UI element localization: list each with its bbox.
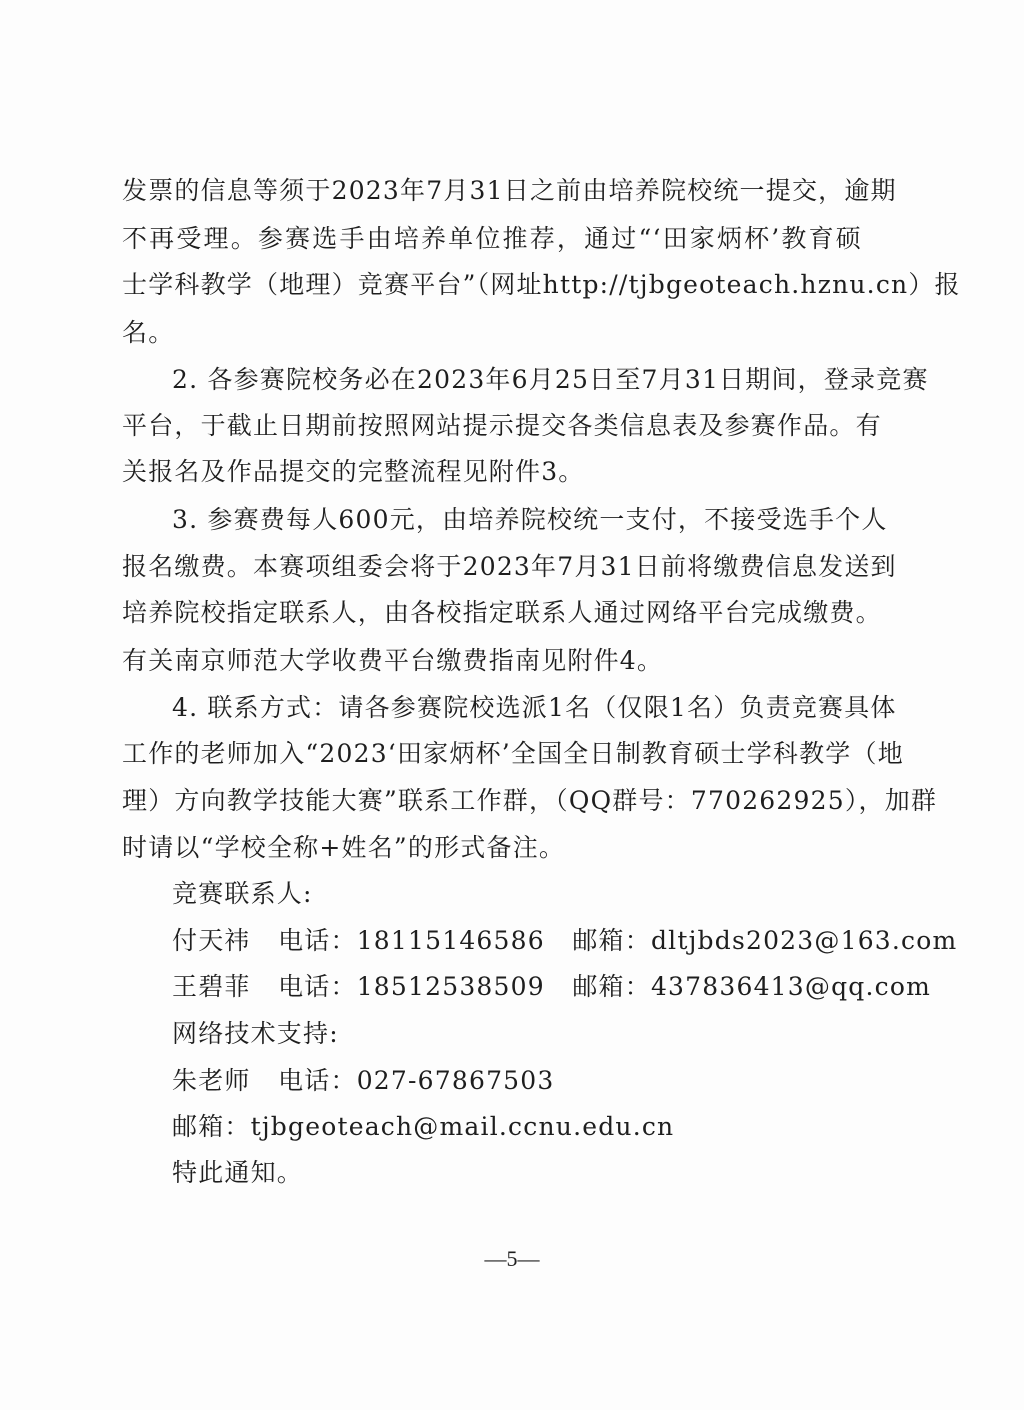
paragraph-line: 士学科教学（地理）竞赛平台”（网址http://tjbgeoteach.hznu… [122,270,862,300]
paragraph-line: 3. 参赛费每人600元，由培养院校统一支付，不接受选手个人 [172,505,862,535]
page-number: —5— [0,1246,1024,1272]
paragraph-line: 理）方向教学技能大赛”联系工作群，（QQ群号：770262925），加群 [122,786,862,816]
phone-label: 电话： [278,926,357,955]
contact-name: 朱老师 [172,1066,251,1095]
contact-row: 王碧菲 电话：18512538509 邮箱：437836413@qq.com [172,972,912,1002]
contacts-heading: 竞赛联系人: [172,879,912,909]
tech-email-row: 邮箱：tjbgeoteach@mail.ccnu.edu.cn [172,1112,912,1142]
email-label: 邮箱： [572,972,651,1001]
closing-text: 特此通知。 [172,1158,912,1188]
phone-label: 电话： [278,972,357,1001]
contact-name: 王碧菲 [172,972,251,1001]
paragraph-line: 报名缴费。本赛项组委会将于2023年7月31日前将缴费信息发送到 [122,552,862,582]
paragraph-line: 2. 各参赛院校务必在2023年6月25日至7月31日期间，登录竞赛 [172,365,862,395]
paragraph-line: 发票的信息等须于2023年7月31日之前由培养院校统一提交，逾期 [122,176,862,206]
paragraph-line: 名。 [122,318,862,348]
tech-contact-row: 朱老师 电话：027-67867503 [172,1066,912,1096]
paragraph-line: 4. 联系方式：请各参赛院校选派1名（仅限1名）负责竞赛具体 [172,693,862,723]
contact-email: dltjbds2023@163.com [651,926,957,955]
paragraph-line: 时请以“学校全称+姓名”的形式备注。 [122,833,862,863]
contact-phone: 027-67867503 [357,1066,555,1095]
paragraph-line: 不再受理。参赛选手由培养单位推荐，通过“‘田家炳杯’教育硕 [122,224,862,254]
document-page: 发票的信息等须于2023年7月31日之前由培养院校统一提交，逾期 不再受理。参赛… [0,0,1024,1410]
contact-phone: 18115146586 [357,926,545,955]
paragraph-line: 有关南京师范大学收费平台缴费指南见附件4。 [122,646,862,676]
contact-row: 付天祎 电话：18115146586 邮箱：dltjbds2023@163.co… [172,926,912,956]
contact-name: 付天祎 [172,926,251,955]
paragraph-line: 关报名及作品提交的完整流程见附件3。 [122,457,862,487]
tech-email: tjbgeoteach@mail.ccnu.edu.cn [251,1112,675,1141]
paragraph-line: 平台，于截止日期前按照网站提示提交各类信息表及参赛作品。有 [122,411,862,441]
email-label: 邮箱： [172,1112,251,1141]
contact-email: 437836413@qq.com [651,972,931,1001]
paragraph-line: 培养院校指定联系人，由各校指定联系人通过网络平台完成缴费。 [122,598,862,628]
email-label: 邮箱： [572,926,651,955]
phone-label: 电话： [278,1066,357,1095]
paragraph-line: 工作的老师加入“2023‘田家炳杯’全国全日制教育硕士学科教学（地 [122,739,862,769]
tech-support-heading: 网络技术支持: [172,1019,912,1049]
contact-phone: 18512538509 [357,972,545,1001]
